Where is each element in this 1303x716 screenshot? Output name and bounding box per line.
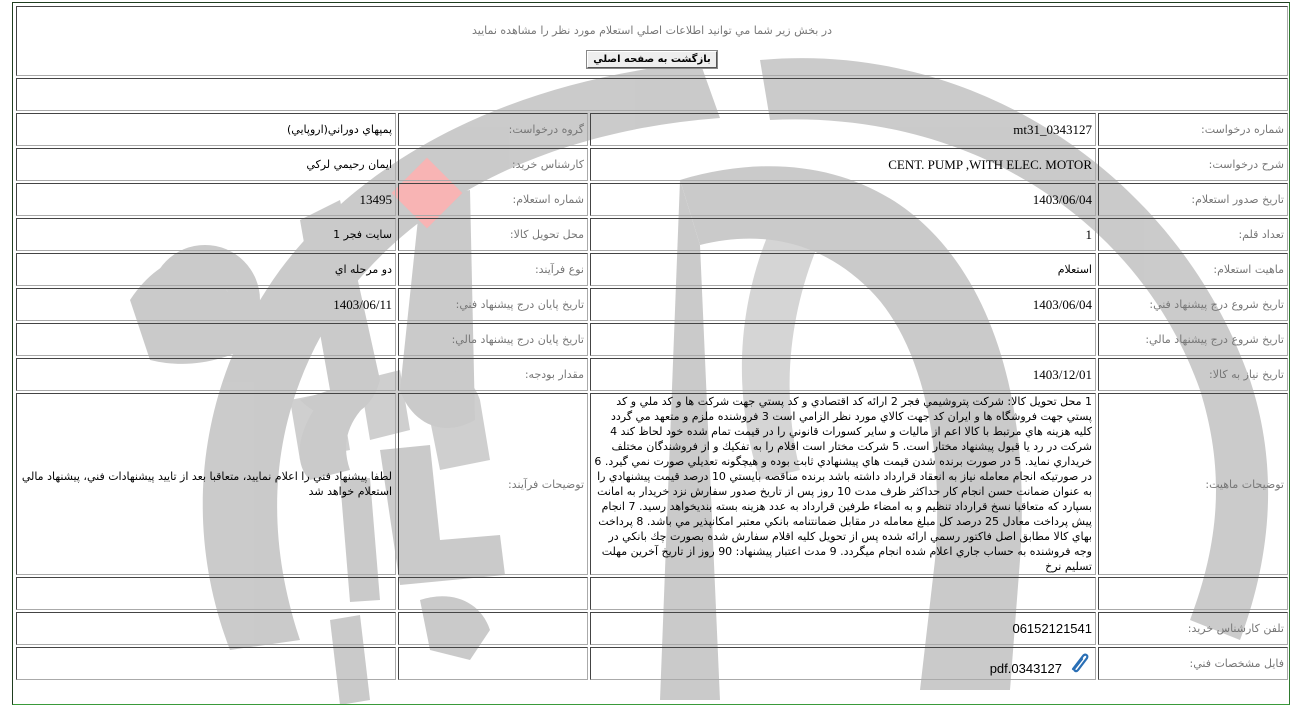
need-date-value: 1403/12/01 [590, 358, 1096, 391]
fin-offer-start-label: تاريخ شروع درج پيشنهاد مالي: [1098, 323, 1288, 356]
table-row: شرح درخواست: CENT. PUMP ,WITH ELEC. MOTO… [16, 148, 1288, 181]
inquiry-issue-date-label: تاريخ صدور استعلام: [1098, 183, 1288, 216]
item-count-label: تعداد قلم: [1098, 218, 1288, 251]
inquiry-nature-label: ماهيت استعلام: [1098, 253, 1288, 286]
fin-offer-end-value [16, 323, 396, 356]
header-cell: در بخش زير شما مي توانيد اطلاعات اصلي اس… [16, 6, 1288, 76]
table-row: تاريخ شروع درج پيشنهاد مالي: تاريخ پايان… [16, 323, 1288, 356]
empty-cell [590, 577, 1096, 610]
budget-value [16, 358, 396, 391]
request-number-label: شماره درخواست: [1098, 113, 1288, 146]
purchase-expert-value: ايمان رحيمي لركي [16, 148, 396, 181]
expert-phone-value: 06152121541 [590, 612, 1096, 645]
tech-spec-file-link[interactable]: pdf.0343127 [990, 661, 1062, 676]
table-row: تلفن كارشناس خريد: 06152121541 [16, 612, 1288, 645]
tech-spec-file-label: فايل مشخصات فني: [1098, 647, 1288, 680]
table-row: تاريخ نياز به كالا: 1403/12/01 مقدار بود… [16, 358, 1288, 391]
inquiry-details-table: در بخش زير شما مي توانيد اطلاعات اصلي اس… [14, 4, 1290, 682]
empty-cell [16, 647, 396, 680]
back-to-home-button[interactable]: بازگشت به صفحه اصلي [587, 51, 717, 68]
table-row: ماهيت استعلام: استعلام نوع فرآيند: دو مر… [16, 253, 1288, 286]
process-type-label: نوع فرآيند: [398, 253, 588, 286]
process-type-value: دو مرحله اي [16, 253, 396, 286]
table-row: شماره درخواست: mt31_0343127 گروه درخواست… [16, 113, 1288, 146]
table-row: فايل مشخصات فني: pdf.0343127 [16, 647, 1288, 680]
table-row: تعداد قلم: 1 محل تحويل كالا: سايت فجر 1 [16, 218, 1288, 251]
tech-spec-file-cell: pdf.0343127 [590, 647, 1096, 680]
empty-cell [398, 577, 588, 610]
fin-offer-end-label: تاريخ پايان درج پيشنهاد مالي: [398, 323, 588, 356]
table-row: تاريخ شروع درج پيشنهاد فني: 1403/06/04 ت… [16, 288, 1288, 321]
table-row: تاريخ صدور استعلام: 1403/06/04 شماره است… [16, 183, 1288, 216]
empty-cell [16, 577, 396, 610]
expert-phone-label: تلفن كارشناس خريد: [1098, 612, 1288, 645]
need-date-label: تاريخ نياز به كالا: [1098, 358, 1288, 391]
fin-offer-start-value [590, 323, 1096, 356]
tech-spec-file-attachment[interactable]: pdf.0343127 [990, 650, 1092, 676]
nature-description-value: 1 محل تحويل كالا: شركت پتروشيمي فجر 2 ار… [590, 393, 1096, 575]
spacer-row [16, 78, 1288, 111]
table-row [16, 577, 1288, 610]
tech-offer-end-value: 1403/06/11 [16, 288, 396, 321]
request-description-label: شرح درخواست: [1098, 148, 1288, 181]
process-description-label: توضيحات فرآيند: [398, 393, 588, 575]
inquiry-nature-value: استعلام [590, 253, 1096, 286]
purchase-expert-label: كارشناس خريد: [398, 148, 588, 181]
inquiry-number-label: شماره استعلام: [398, 183, 588, 216]
empty-cell [398, 647, 588, 680]
paperclip-icon[interactable] [1066, 650, 1092, 676]
tech-offer-start-label: تاريخ شروع درج پيشنهاد فني: [1098, 288, 1288, 321]
empty-cell [1098, 577, 1288, 610]
inquiry-issue-date-value: 1403/06/04 [590, 183, 1096, 216]
intro-text: در بخش زير شما مي توانيد اطلاعات اصلي اس… [20, 24, 1284, 37]
empty-cell [398, 612, 588, 645]
inquiry-number-value: 13495 [16, 183, 396, 216]
request-group-value: پمپهاي دوراني(اروپايي) [16, 113, 396, 146]
request-description-value: CENT. PUMP ,WITH ELEC. MOTOR [590, 148, 1096, 181]
table-row: توضيحات ماهيت: 1 محل تحويل كالا: شركت پت… [16, 393, 1288, 575]
delivery-location-value: سايت فجر 1 [16, 218, 396, 251]
request-number-value: mt31_0343127 [590, 113, 1096, 146]
empty-cell [16, 612, 396, 645]
budget-label: مقدار بودجه: [398, 358, 588, 391]
tech-offer-start-value: 1403/06/04 [590, 288, 1096, 321]
item-count-value: 1 [590, 218, 1096, 251]
process-description-value: لطفا پيشنهاد فني را اعلام نماييد، متعاقب… [16, 393, 396, 575]
delivery-location-label: محل تحويل كالا: [398, 218, 588, 251]
nature-description-label: توضيحات ماهيت: [1098, 393, 1288, 575]
request-group-label: گروه درخواست: [398, 113, 588, 146]
tech-offer-end-label: تاريخ پايان درج پيشنهاد فني: [398, 288, 588, 321]
